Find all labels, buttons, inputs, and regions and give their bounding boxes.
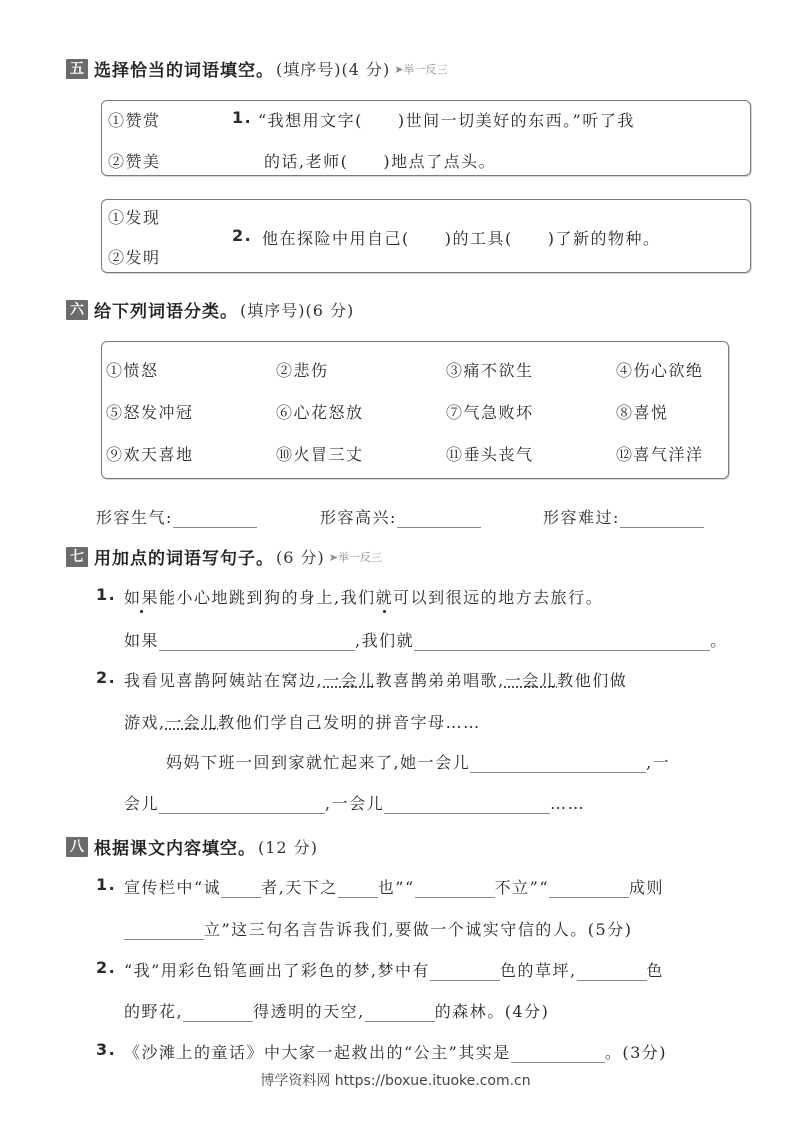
section-number-badge: 七 [66,547,88,567]
answer-blank[interactable] [577,962,647,981]
answer-blank[interactable] [124,921,204,940]
option: ②赞美 [108,149,161,172]
extension-tag: ➤举一反三 [394,61,447,77]
answer-blank[interactable] [415,879,495,898]
example-sentence: 妈妈下班一回到家就忙起来了,她一会儿,一 [166,750,670,773]
question-text: “我”用彩色铅笔画出了彩色的梦,梦中有色的草坪,色 [124,958,664,981]
watermark-footer: 博学资料网 https://boxue.ituoke.com.cn [0,1070,791,1090]
word-item: ③痛不欲生 [446,358,534,381]
answer-blank[interactable] [430,962,500,981]
answer-blank[interactable] [173,509,257,528]
section-number-badge: 六 [66,300,88,320]
question-text: “我想用文字( )世间一切美好的东西。”听了我 [258,108,635,131]
section-7-header: 七 用加点的词语写句子。 (6 分) ➤举一反三 [66,544,382,569]
answer-blank[interactable] [620,509,704,528]
question-text: 立”这三句名言告诉我们,要做一个诚实守信的人。(5分) [124,917,632,940]
option: ①发现 [108,205,161,228]
answer-blank[interactable] [511,1044,605,1063]
word-item: ⑦气急败坏 [446,400,534,423]
question-text: 我看见喜鹊阿姨站在窝边,一会儿教喜鹊弟弟唱歌,一会儿教他们做 [124,668,627,691]
answer-blank[interactable] [365,1003,435,1022]
answer-blank[interactable] [221,879,261,898]
word-item: ⑪垂头丧气 [446,442,534,465]
answer-blank[interactable] [384,795,550,814]
answer-blank[interactable] [183,1003,253,1022]
dotted-word: 一会儿 [505,671,558,690]
category-label: 形容高兴: [320,508,397,527]
answer-blank[interactable] [338,879,378,898]
question-text: 宣传栏中“诚者,天下之也”“不立”“成则 [124,875,664,898]
category-sad: 形容难过: [543,505,704,528]
word-item: ⑩火冒三丈 [276,442,364,465]
word-item: ⑨欢天喜地 [106,442,194,465]
question-number: 1. [96,585,116,604]
category-label: 形容生气: [96,508,173,527]
question-number: 2. [96,668,116,687]
category-happy: 形容高兴: [320,505,481,528]
question-number: 2. [232,226,252,245]
answer-blank[interactable] [159,632,355,651]
section-5-header: 五 选择恰当的词语填空。 (填序号)(4 分) ➤举一反三 [66,56,447,81]
question-text: 的野花,得透明的天空,的森林。(4分) [124,999,549,1022]
word-item: ④伤心欲绝 [616,358,704,381]
answer-blank[interactable] [470,754,646,773]
word-item: ②悲伤 [276,358,329,381]
question-number: 3. [96,1040,116,1059]
answer-blank[interactable] [549,879,629,898]
section-note: (12 分) [258,835,318,858]
answer-blank[interactable] [397,509,481,528]
option: ①赞赏 [108,108,161,131]
dotted-word: 一会儿 [166,713,219,732]
section-note: (6 分) [276,545,325,568]
section-note: (填序号)(4 分) [276,57,390,80]
question-text: 的话,老师( )地点了点头。 [264,149,496,172]
question-number: 2. [96,958,116,977]
dotted-word: 如果 [124,588,159,607]
dotted-word: 就 [376,588,394,607]
word-item: ⑥心花怒放 [276,400,364,423]
answer-blank[interactable] [414,632,710,651]
answer-blank[interactable] [159,795,325,814]
question-number: 1. [232,108,252,127]
question-text: 《沙滩上的童话》中大家一起救出的“公主”其实是。(3分) [124,1040,667,1063]
question-text: 游戏,一会儿教他们学自己发明的拼音字母…… [124,710,481,733]
section-title: 给下列词语分类。 [94,297,238,322]
section-title: 选择恰当的词语填空。 [94,56,274,81]
answer-line: 如果,我们就。 [124,628,728,651]
section-8-header: 八 根据课文内容填空。 (12 分) [66,834,318,859]
section-6-header: 六 给下列词语分类。 (填序号)(6 分) [66,297,354,322]
section-note: (填序号)(6 分) [240,298,354,321]
section-number-badge: 五 [66,59,88,79]
section-title: 用加点的词语写句子。 [94,544,274,569]
dotted-word: 一会儿 [323,671,376,690]
question-text: 如果能小心地跳到狗的身上,我们就可以到很远的地方去旅行。 [124,585,603,608]
question-number: 1. [96,875,116,894]
answer-line: 会儿,一会儿…… [124,791,585,814]
section-title: 根据课文内容填空。 [94,834,256,859]
question-text: 他在探险中用自己( )的工具( )了新的物种。 [262,226,660,249]
category-angry: 形容生气: [96,505,257,528]
word-item: ⑫喜气洋洋 [616,442,704,465]
word-item: ①愤怒 [106,358,159,381]
word-item: ⑤怒发冲冠 [106,400,194,423]
option: ②发明 [108,245,161,268]
extension-tag: ➤举一反三 [329,549,382,565]
section-number-badge: 八 [66,837,88,857]
word-item: ⑧喜悦 [616,400,669,423]
category-label: 形容难过: [543,508,620,527]
